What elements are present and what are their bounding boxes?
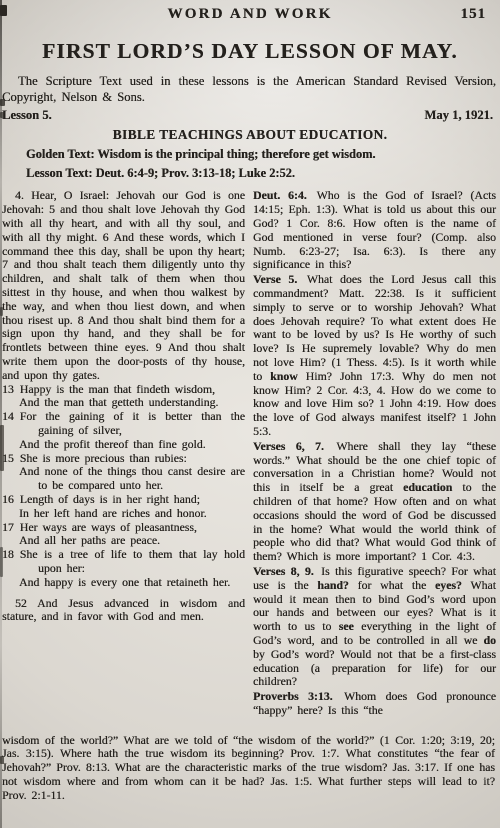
verse-line: 13Happy is the man that findeth wisdom,: [2, 383, 245, 397]
verse-line: And happy is every one that retaineth he…: [2, 576, 245, 590]
golden-text-label: Golden Text:: [26, 147, 95, 161]
question-lead: Proverbs 3:13.: [253, 689, 344, 703]
two-column-body: 4. Hear, O Israel: Jehovah our God is on…: [0, 181, 500, 718]
scanned-page: WORD AND WORK 151 FIRST LORD’S DAY LESSO…: [0, 0, 500, 828]
verse-line: 15She is more precious than rubies:: [2, 452, 245, 466]
verse-number: 13: [2, 382, 20, 396]
verse-list: 13Happy is the man that findeth wisdom,A…: [2, 383, 245, 590]
scripture-paragraph: 4. Hear, O Israel: Jehovah our God is on…: [2, 189, 245, 382]
verse-line: And all her paths are peace.: [2, 534, 245, 548]
emphasized-word: eyes?: [435, 578, 462, 592]
lesson-subtitle: BIBLE TEACHINGS ABOUT EDUCATION.: [0, 127, 500, 143]
verse-number: 15: [2, 451, 20, 465]
verse-line: 14For the gaining of it is better than t…: [2, 410, 245, 438]
running-head: WORD AND WORK 151: [0, 6, 500, 24]
lesson-text-value: Deut. 6:4-9; Prov. 3:13-18; Luke 2:52.: [96, 166, 295, 180]
verse-line: 18She is a tree of life to them that lay…: [2, 548, 245, 576]
question-lead: Verses 6, 7.: [253, 439, 336, 453]
question-paragraph: Deut. 6:4. Who is the God of Israel? (Ac…: [253, 189, 496, 272]
page-number: 151: [461, 6, 487, 23]
emphasized-word: know: [270, 369, 298, 383]
verse-line: 16Length of days is in her right hand;: [2, 493, 245, 507]
verse-line: And the profit thereof than fine gold.: [2, 438, 245, 452]
question-paragraph: Verse 5. What does the Lord Jesus call t…: [253, 273, 496, 439]
question-lead: Verse 5.: [253, 272, 307, 286]
lesson-text-line: Lesson Text: Deut. 6:4-9; Prov. 3:13-18;…: [26, 165, 494, 181]
emphasized-word: education: [403, 480, 452, 494]
verse-number: 16: [2, 492, 20, 506]
journal-title: WORD AND WORK: [168, 6, 333, 22]
golden-text-value: Wisdom is the principal thing; therefore…: [97, 147, 375, 161]
question-lead: Verses 8, 9.: [253, 564, 321, 578]
scripture-column: 4. Hear, O Israel: Jehovah our God is on…: [2, 189, 245, 718]
emphasized-word: do: [484, 633, 496, 647]
footer-paragraph: wisdom of the world?” What are we told o…: [0, 731, 500, 803]
question-paragraph: Proverbs 3:13. Whom does God pronounce “…: [253, 690, 496, 718]
question-paragraph: Verses 6, 7. Where shall they lay “these…: [253, 440, 496, 564]
luke-paragraph: 52 And Jesus advanced in wisdom and stat…: [2, 597, 245, 625]
question-lead: Deut. 6:4.: [253, 188, 317, 202]
verse-line: And the man that getteth understanding.: [2, 396, 245, 410]
verse-number: 17: [2, 520, 20, 534]
emphasized-word: hand?: [317, 578, 348, 592]
golden-text-line: Golden Text: Wisdom is the principal thi…: [26, 146, 494, 162]
verse-line: And none of the things thou canst desire…: [2, 465, 245, 493]
lesson-text-label: Lesson Text:: [26, 166, 92, 180]
question-paragraph: Verses 8, 9. Is this figurative speech? …: [253, 565, 496, 689]
lesson-row: Lesson 5. May 1, 1921.: [2, 108, 493, 123]
questions-column: Deut. 6:4. Who is the God of Israel? (Ac…: [253, 189, 496, 718]
emphasized-word: see: [339, 619, 354, 633]
intro-paragraph: The Scripture Text used in these lessons…: [2, 73, 496, 105]
verse-line: In her left hand are riches and honor.: [2, 507, 245, 521]
page-title: FIRST LORD’S DAY LESSON OF MAY.: [0, 39, 500, 64]
verse-line: 17Her ways are ways of pleasantness,: [2, 521, 245, 535]
lesson-date: May 1, 1921.: [424, 108, 493, 123]
lesson-number: Lesson 5.: [2, 108, 52, 123]
verse-number: 14: [2, 409, 20, 423]
page-content: WORD AND WORK 151 FIRST LORD’S DAY LESSO…: [0, 0, 500, 803]
verse-number: 18: [2, 547, 20, 561]
